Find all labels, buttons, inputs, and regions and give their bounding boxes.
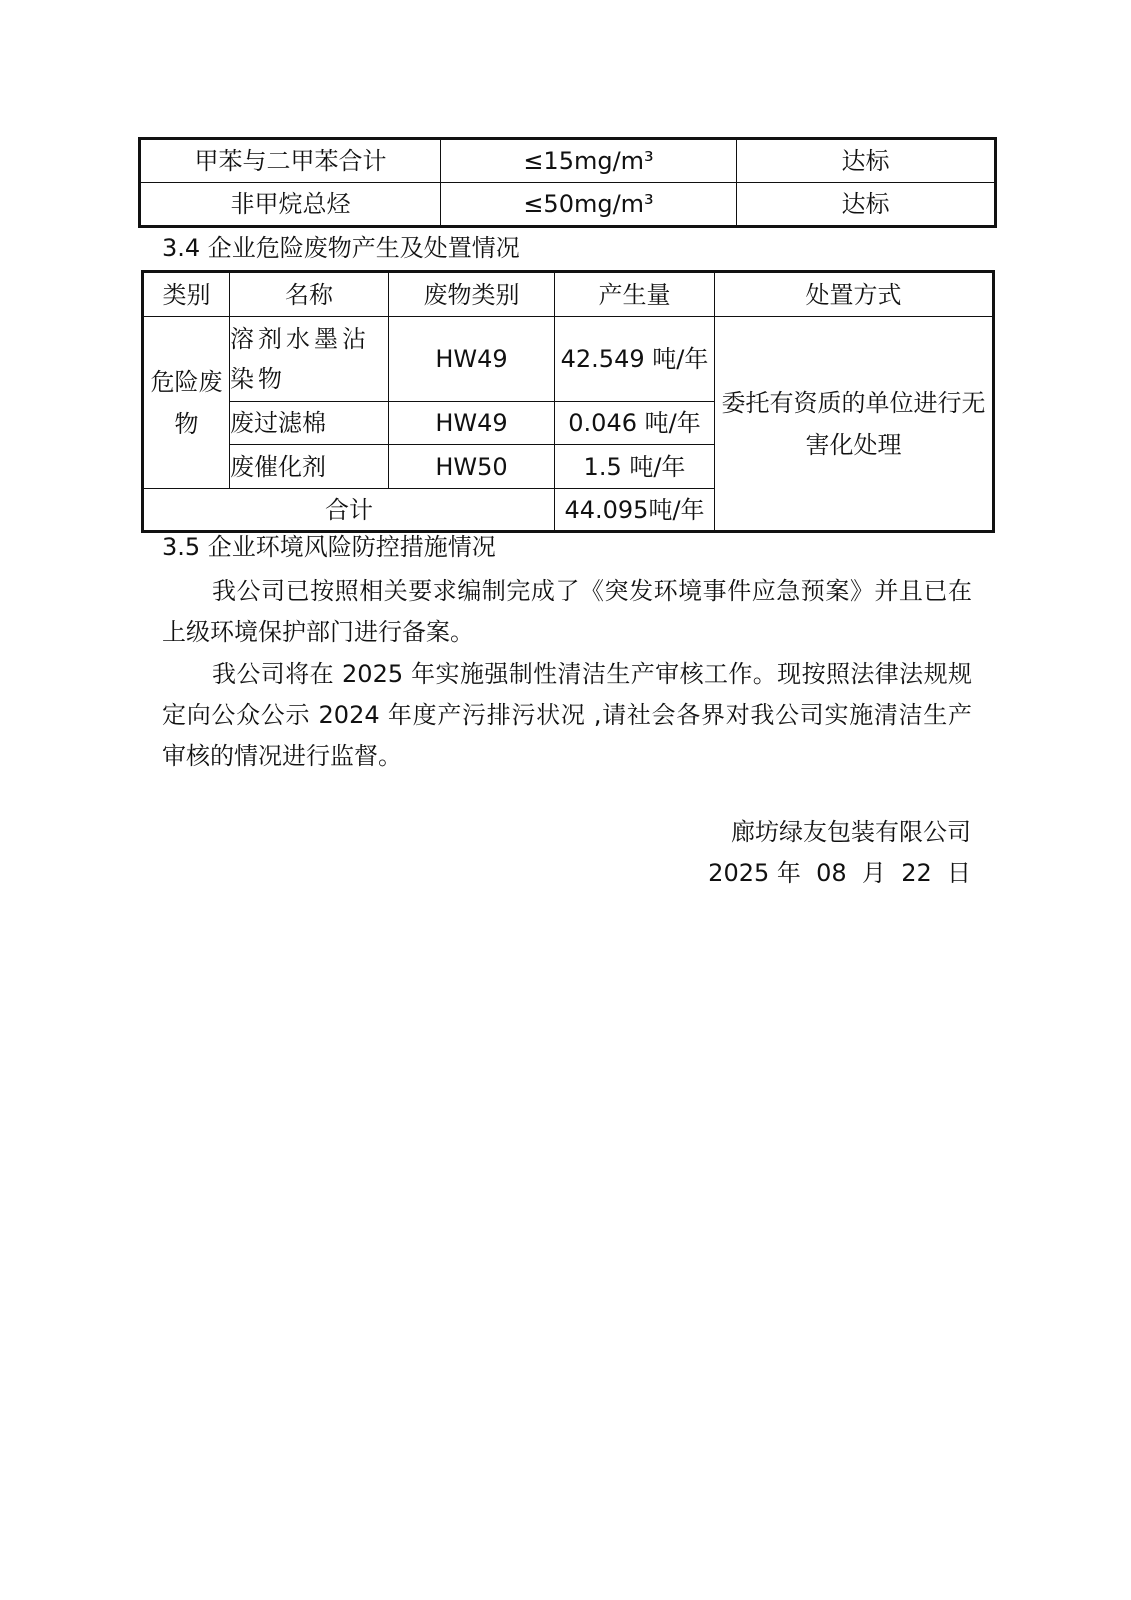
total-amount-cell: 44.095吨/年 — [555, 489, 715, 532]
header-name: 名称 — [230, 272, 389, 317]
waste-name-cell: 废过滤棉 — [230, 402, 389, 445]
waste-code-cell: HW49 — [389, 317, 555, 402]
emission-standards-table: 甲苯与二甲苯合计 ≤15mg/m³ 达标 非甲烷总烃 ≤50mg/m³ 达标 — [138, 137, 997, 228]
disposal-method-text: 委托有资质的单位进行无害化处理 — [719, 382, 988, 466]
limit-cell: ≤15mg/m³ — [441, 139, 737, 183]
paragraph-emergency-plan: 我公司已按照相关要求编制完成了《突发环境事件应急预案》并且已在上级环境保护部门进… — [162, 571, 972, 653]
table-header-row: 类别 名称 废物类别 产生量 处置方式 — [143, 272, 994, 317]
pollutant-cell: 非甲烷总烃 — [140, 183, 441, 227]
status-cell: 达标 — [737, 183, 996, 227]
category-cell: 危险废物 — [143, 317, 230, 489]
header-waste-code: 废物类别 — [389, 272, 555, 317]
document-page: 甲苯与二甲苯合计 ≤15mg/m³ 达标 非甲烷总烃 ≤50mg/m³ 达标 3… — [0, 0, 1131, 1600]
table-row: 甲苯与二甲苯合计 ≤15mg/m³ 达标 — [140, 139, 996, 183]
table-row: 危险废物 溶剂水墨沾染物 HW49 42.549 吨/年 委托有资质的单位进行无… — [143, 317, 994, 402]
waste-amount-cell: 42.549 吨/年 — [555, 317, 715, 402]
limit-cell: ≤50mg/m³ — [441, 183, 737, 227]
waste-code-cell: HW49 — [389, 402, 555, 445]
company-signature: 廊坊绿友包装有限公司 — [731, 812, 971, 852]
hazardous-waste-table: 类别 名称 废物类别 产生量 处置方式 危险废物 溶剂水墨沾染物 HW49 42… — [141, 270, 995, 533]
section-3-5-heading: 3.5 企业环境风险防控措施情况 — [162, 530, 496, 564]
signature-date: 2025 年 08 月 22 日 — [708, 853, 971, 893]
waste-code-cell: HW50 — [389, 445, 555, 489]
pollutant-cell: 甲苯与二甲苯合计 — [140, 139, 441, 183]
header-amount: 产生量 — [555, 272, 715, 317]
waste-name-cell: 废催化剂 — [230, 445, 389, 489]
paragraph-clean-production: 我公司将在 2025 年实施强制性清洁生产审核工作。现按照法律法规规定向公众公示… — [162, 654, 972, 777]
header-disposal: 处置方式 — [715, 272, 994, 317]
disposal-method-cell: 委托有资质的单位进行无害化处理 — [715, 317, 994, 532]
waste-name-cell: 溶剂水墨沾染物 — [230, 317, 389, 402]
header-category: 类别 — [143, 272, 230, 317]
table-row: 非甲烷总烃 ≤50mg/m³ 达标 — [140, 183, 996, 227]
waste-amount-cell: 0.046 吨/年 — [555, 402, 715, 445]
section-3-4-heading: 3.4 企业危险废物产生及处置情况 — [162, 231, 520, 265]
waste-amount-cell: 1.5 吨/年 — [555, 445, 715, 489]
status-cell: 达标 — [737, 139, 996, 183]
total-label-cell: 合计 — [143, 489, 555, 532]
